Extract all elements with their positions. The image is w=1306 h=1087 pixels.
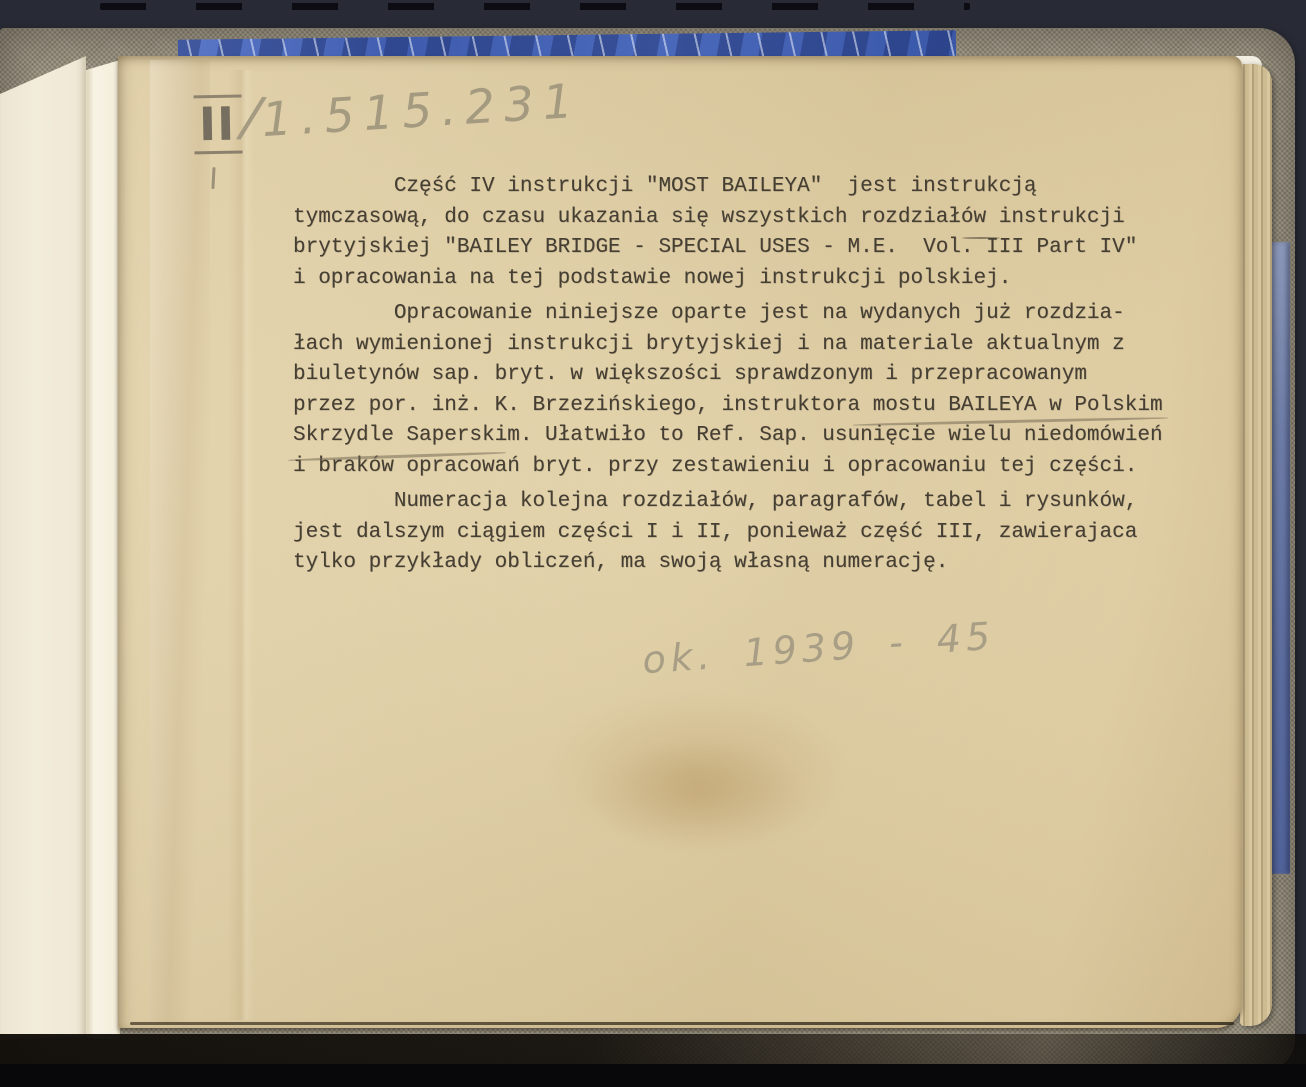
handwritten-roman-numeral: II [194,95,243,155]
left-flyleaf-page [0,56,86,1040]
typed-line: biuletynów sap. bryt. w większości spraw… [293,360,1163,391]
scanned-book-page: Część IV instrukcji "MOST BAILEYA" jest … [0,0,1306,1087]
handwritten-slash: / [240,90,263,145]
typed-line: jest dalszym ciągiem części I i II, poni… [293,518,1163,549]
paper-crease [150,60,210,1025]
left-flyleaf-inner-edge [86,60,120,1040]
book-bottom-shadow [0,1034,1306,1068]
typed-line: Skrzydle Saperskim. Ułatwiło to Ref. Sap… [293,421,1163,452]
typed-text-block: Część IV instrukcji "MOST BAILEYA" jest … [293,172,1163,584]
typed-line: przez por. inż. K. Brzezińskiego, instru… [293,391,1163,422]
typed-line: Część IV instrukcji "MOST BAILEYA" jest … [293,172,1163,203]
typed-line: Opracowanie niniejsze oparte jest na wyd… [293,299,1163,330]
page-stack-edge [1240,64,1272,1026]
typed-line: tylko przykłady obliczeń, ma swoją własn… [293,548,1163,579]
typed-line: Numeracja kolejna rozdziałów, paragrafów… [293,487,1163,518]
typed-line: i opracowania na tej podstawie nowej ins… [293,264,1163,295]
typed-line: brytyjskiej "BAILEY BRIDGE - SPECIAL USE… [293,233,1163,264]
paper-crease [228,70,254,1020]
typed-paragraph: Część IV instrukcji "MOST BAILEYA" jest … [293,172,1163,294]
handwritten-catalog-mark: II / 1.515.231 [194,89,584,155]
glue-stain [592,742,806,846]
scanner-slot-marks [100,3,970,10]
scanner-bottom-background [0,1064,1306,1087]
typed-paragraph: Numeracja kolejna rozdziałów, paragrafów… [293,487,1163,579]
typed-line: łach wymienionej instrukcji brytyjskiej … [293,330,1163,361]
typed-line: tymczasową, do czasu ukazania się wszyst… [293,203,1163,234]
page-bottom-edge [130,1022,1234,1025]
typed-overline-mark [962,237,1000,239]
